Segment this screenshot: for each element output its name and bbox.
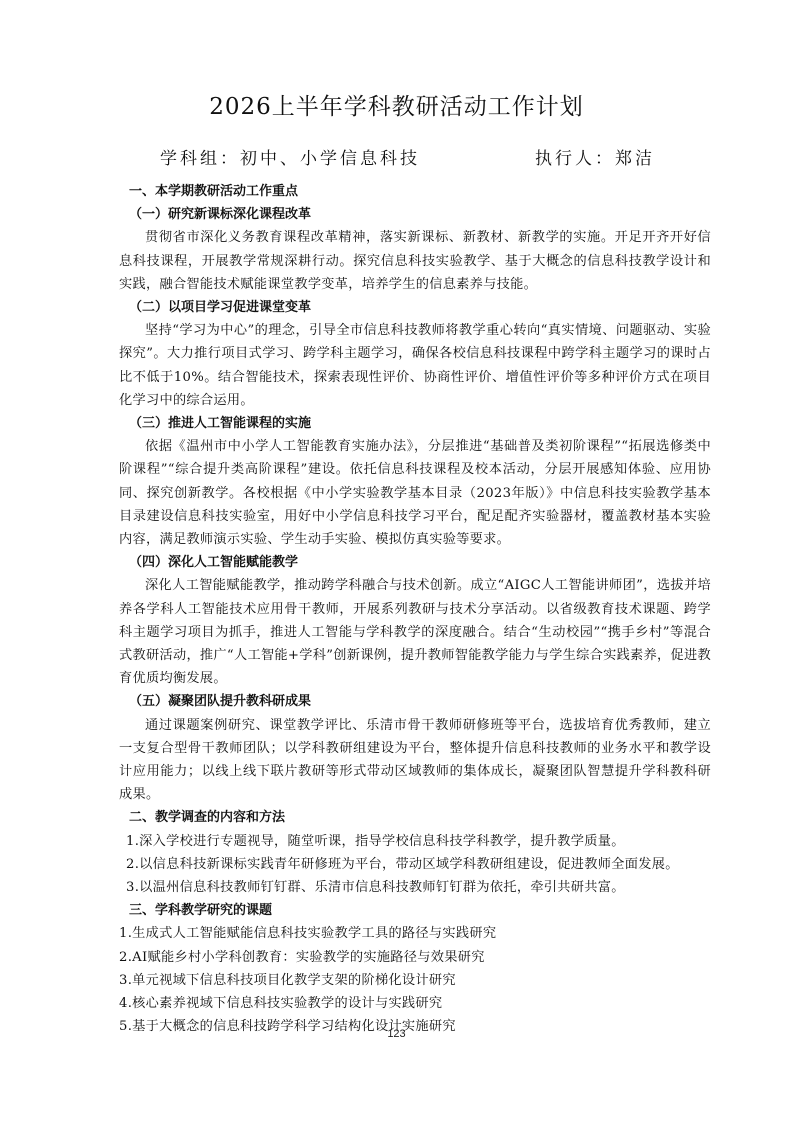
paragraph: 贯彻省市深化义务教育课程改革精神，落实新课标、新教材、新教学的实施。开足开齐开好… [119, 226, 711, 296]
document-title: 2026上半年学科教研活动工作计划 [0, 88, 793, 121]
list-item: 1.生成式人工智能赋能信息科技实验教学工具的路径与实践研究 [119, 922, 711, 945]
list-item: 4.核心素养视域下信息科技实验教学的设计与实践研究 [119, 992, 711, 1015]
section-heading: 一、本学期教研活动工作重点 [119, 180, 711, 203]
document-body: 一、本学期教研活动工作重点 （一）研究新课标深化课程改革 贯彻省市深化义务教育课… [119, 180, 711, 1038]
section-heading: 三、学科教学研究的课题 [119, 899, 711, 922]
subsection-heading: （一）研究新课标深化课程改革 [119, 203, 711, 226]
paragraph: 坚持“学习为中心”的理念，引导全市信息科技教师将教学重心转向“真实情境、问题驱动… [119, 319, 711, 412]
subsection-heading: （五）凝聚团队提升教科研成果 [119, 690, 711, 713]
list-item: 1.深入学校进行专题视导，随堂听课，指导学校信息科技学科教学，提升教学质量。 [119, 830, 711, 853]
list-item: 2.以信息科技新课标实践青年研修班为平台，带动区域学科教研组建设，促进教师全面发… [119, 853, 711, 876]
paragraph: 依据《温州市中小学人工智能教育实施办法》，分层推进“基础普及类初阶课程”“拓展选… [119, 435, 711, 551]
paragraph: 深化人工智能赋能教学，推动跨学科融合与技术创新。成立“AIGC人工智能讲师团”，… [119, 574, 711, 690]
executor-label: 执行人：郑洁 [535, 144, 655, 169]
document-page: 2026上半年学科教研活动工作计划 学科组：初中、小学信息科技 执行人：郑洁 一… [0, 0, 793, 1122]
list-item: 3.以温州信息科技教师钉钉群、乐清市信息科技教师钉钉群为依托，牵引共研共富。 [119, 876, 711, 899]
subsection-heading: （二）以项目学习促进课堂变革 [119, 296, 711, 319]
paragraph: 通过课题案例研究、课堂教学评比、乐清市骨干教师研修班等平台，选拔培育优秀教师，建… [119, 714, 711, 807]
list-item: 3.单元视域下信息科技项目化教学支架的阶梯化设计研究 [119, 969, 711, 992]
page-number: 123 [0, 1028, 793, 1040]
subsection-heading: （三）推进人工智能课程的实施 [119, 412, 711, 435]
subsection-heading: （四）深化人工智能赋能教学 [119, 551, 711, 574]
section-heading: 二、教学调查的内容和方法 [119, 806, 711, 829]
list-item: 2.AI赋能乡村小学科创教育：实验教学的实施路径与效果研究 [119, 946, 711, 969]
